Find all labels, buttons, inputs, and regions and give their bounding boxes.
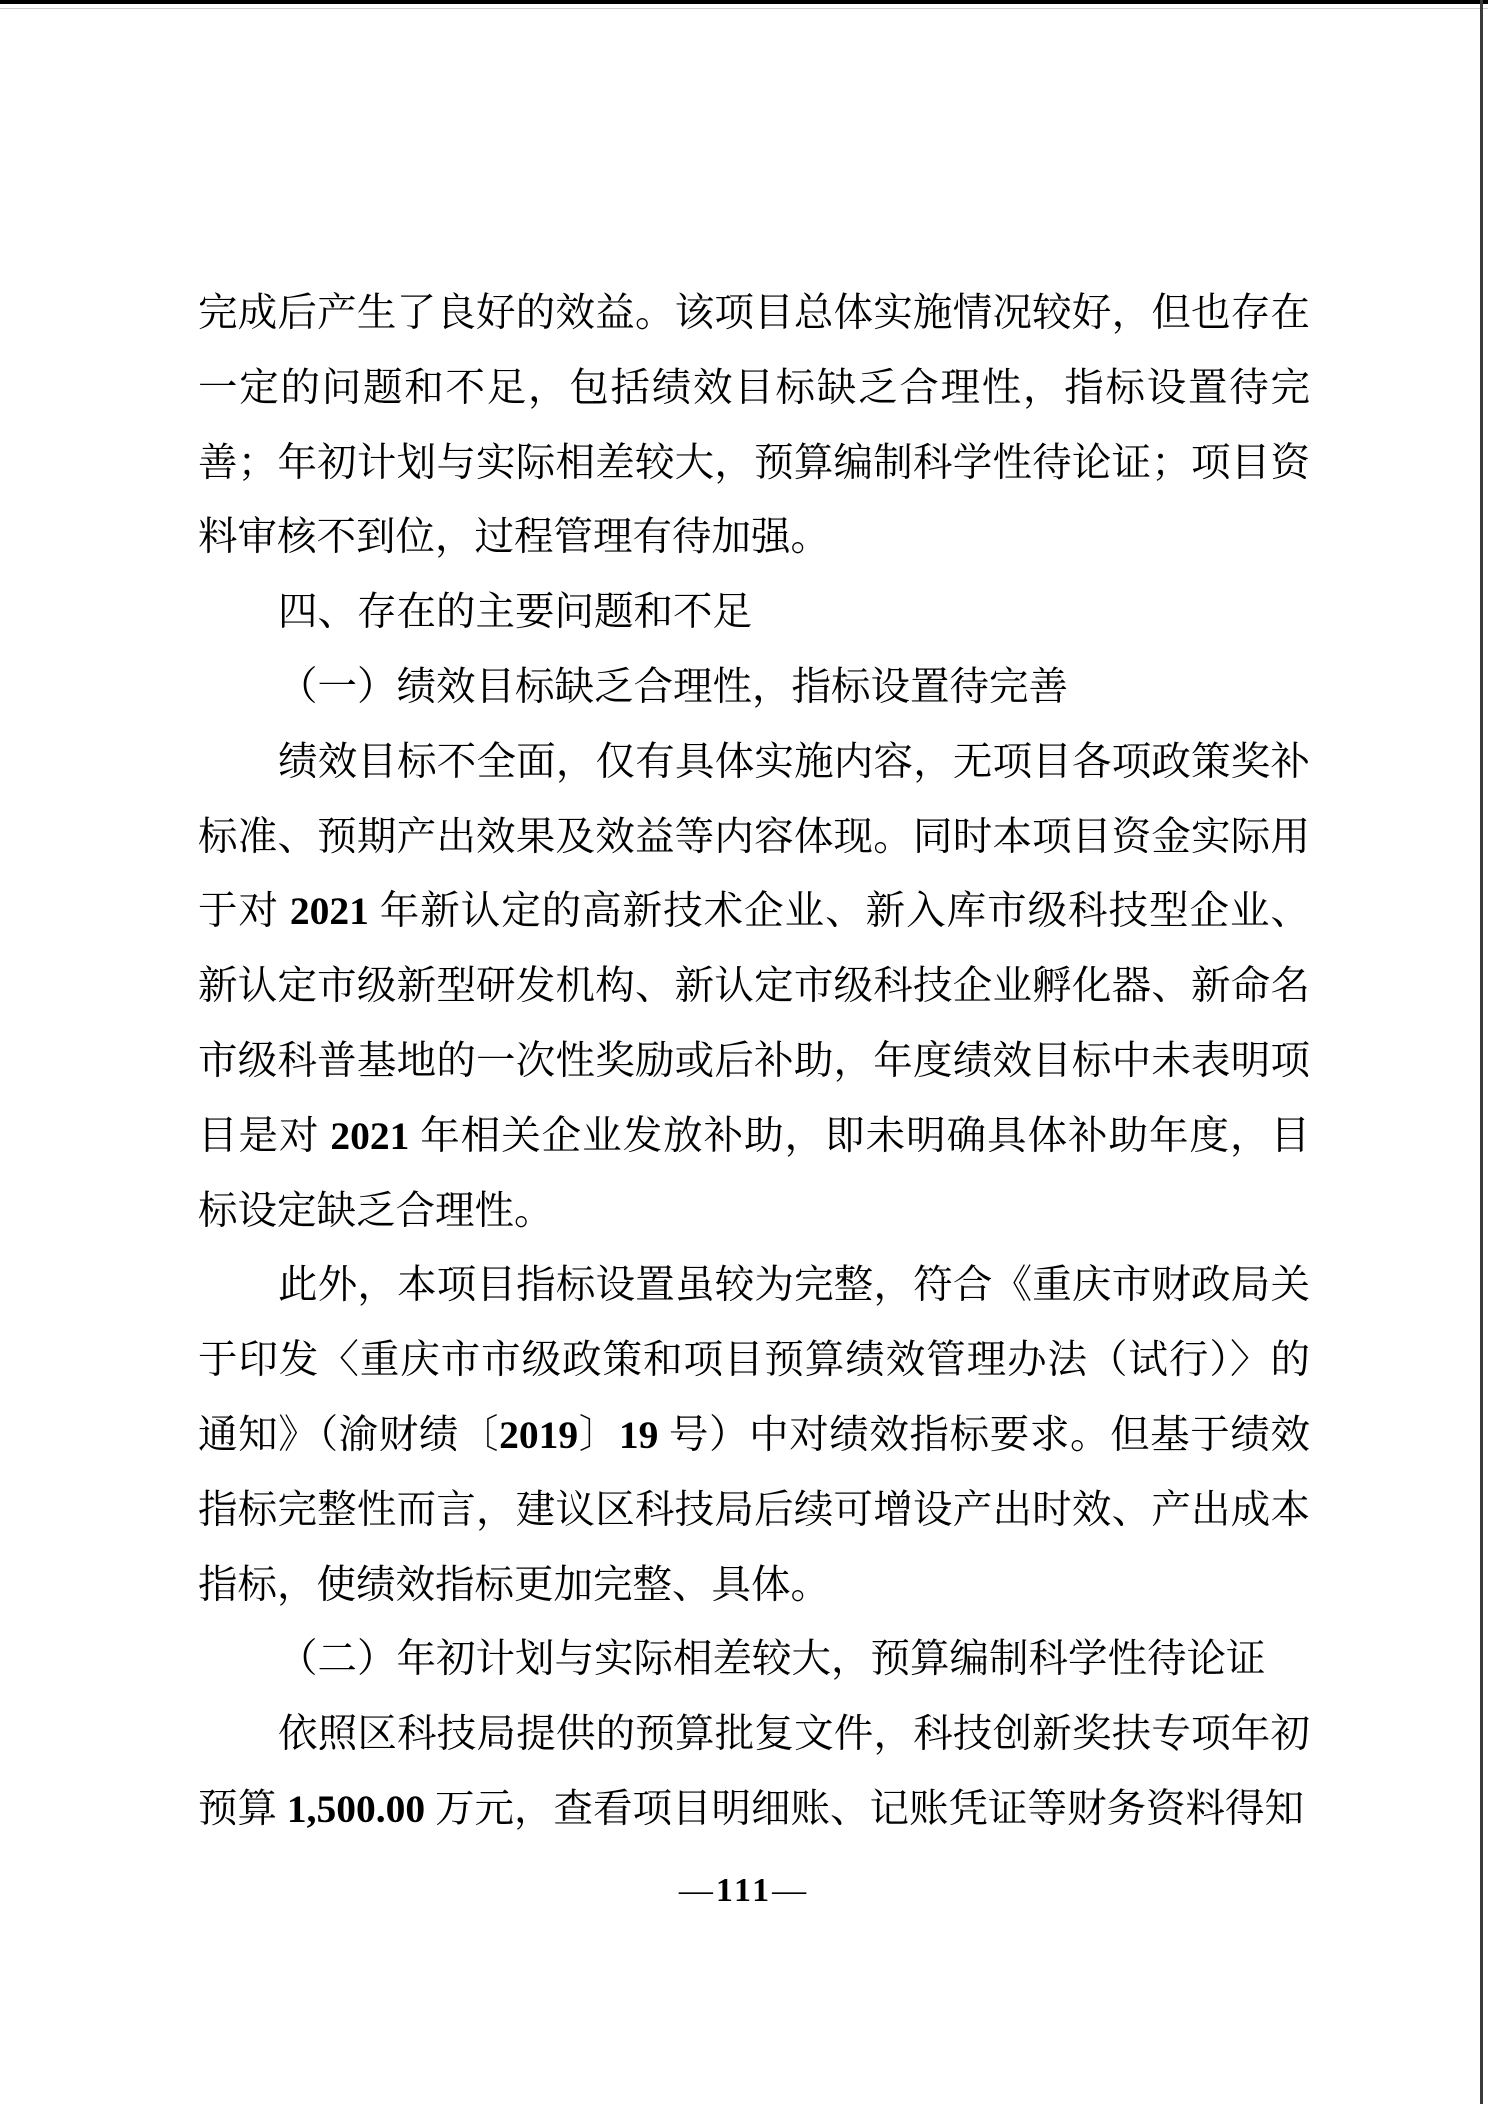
paragraph-performance-goals: 绩效目标不全面，仅有具体实施内容，无项目各项政策奖补标准、预期产出效果及效益等内… — [198, 725, 1310, 1249]
scan-artifact-top-hairline — [0, 8, 1488, 9]
scan-artifact-right-line — [1480, 0, 1483, 2104]
document-body: 完成后产生了良好的效益。该项目总体实施情况较好，但也存在一定的问题和不足，包括绩… — [198, 276, 1310, 1847]
paragraph-indicator-completeness: 此外，本项目指标设置虽较为完整，符合《重庆市财政局关于印发〈重庆市市级政策和项目… — [198, 1248, 1310, 1622]
subsection-heading-1: （一）绩效目标缺乏合理性，指标设置待完善 — [198, 650, 1310, 725]
paragraph-budget-plan: 依照区科技局提供的预算批复文件，科技创新奖扶专项年初预算 1,500.00 万元… — [198, 1697, 1310, 1847]
subsection-heading-2: （二）年初计划与实际相差较大，预算编制科学性待论证 — [198, 1622, 1310, 1697]
page-number: —111— — [0, 1872, 1488, 1910]
scan-artifact-top-bar — [0, 0, 1488, 4]
section-heading-4: 四、存在的主要问题和不足 — [198, 575, 1310, 650]
paragraph-intro-continuation: 完成后产生了良好的效益。该项目总体实施情况较好，但也存在一定的问题和不足，包括绩… — [198, 276, 1310, 575]
document-page: 完成后产生了良好的效益。该项目总体实施情况较好，但也存在一定的问题和不足，包括绩… — [0, 0, 1488, 2104]
